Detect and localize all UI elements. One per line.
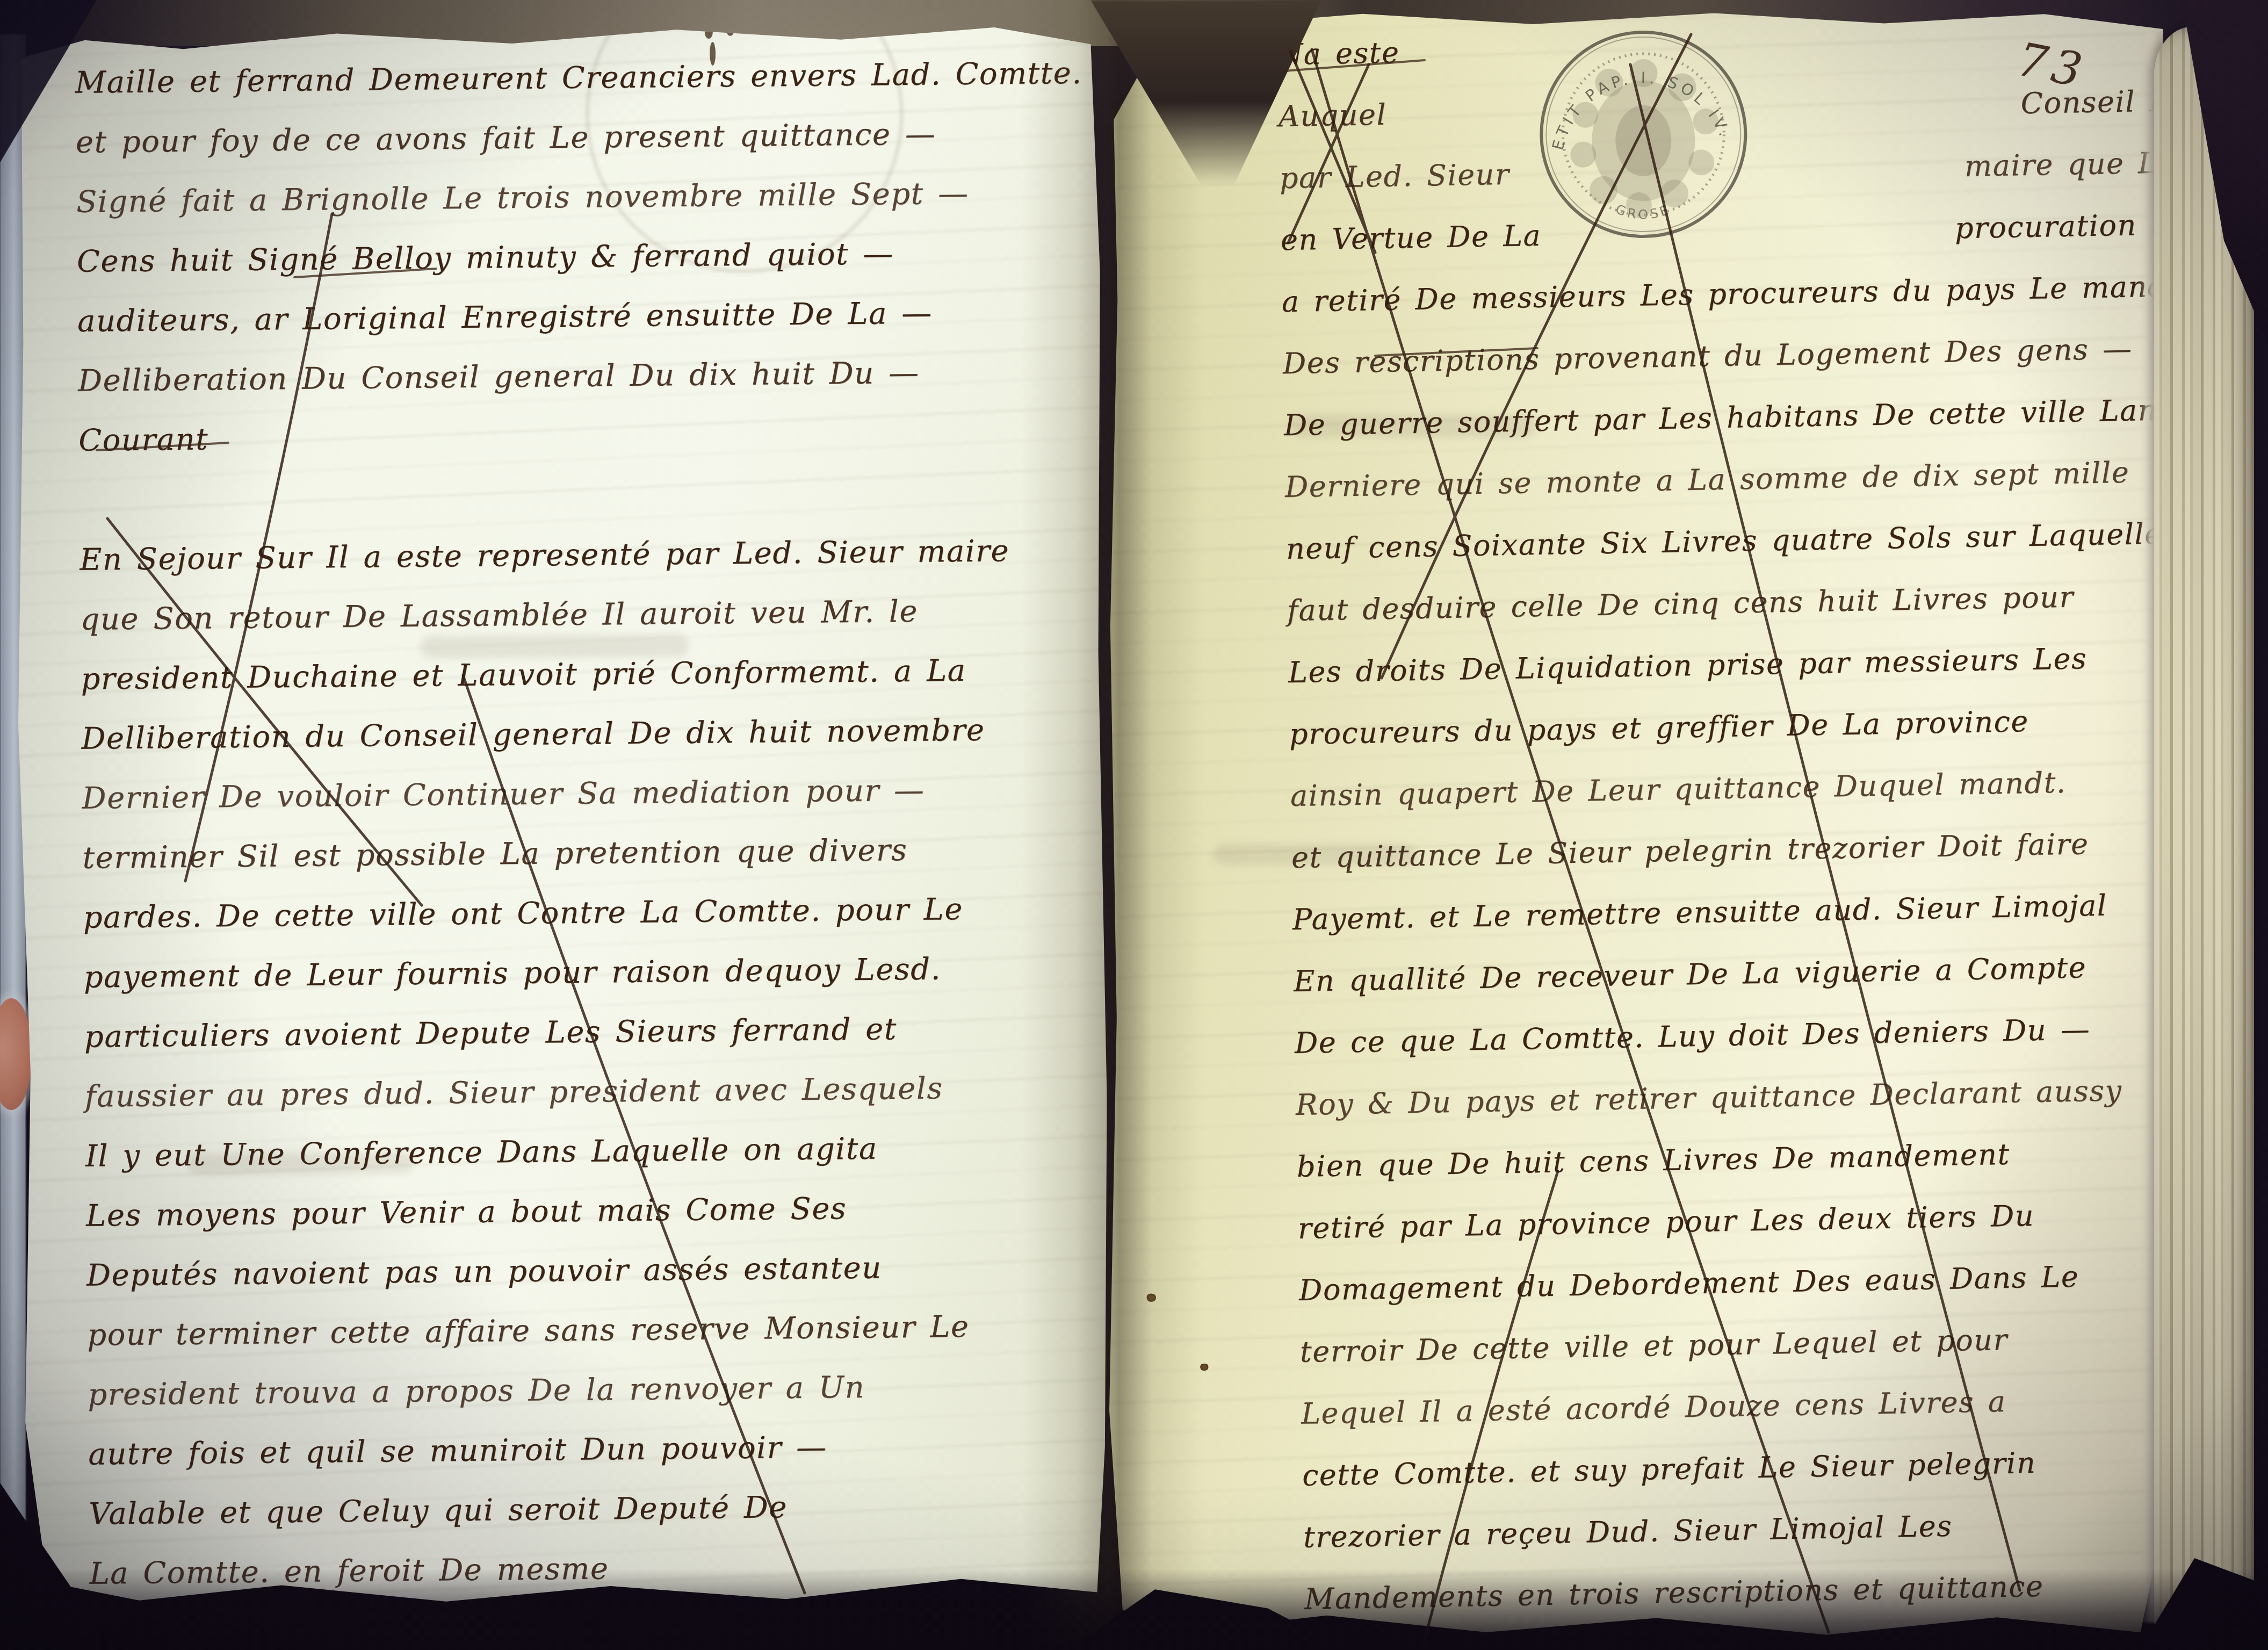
manuscript-line: Delliberation du Conseil general De dix … xyxy=(81,699,1108,768)
right-page: PETIT PAP. I. SOL IV. D GROSE 73 Na este… xyxy=(1103,5,2171,1642)
manuscript-line: Courant xyxy=(78,401,1105,470)
manuscript-line: pour terminer cette affaire sans reserve… xyxy=(87,1295,1114,1365)
manuscript-line: auditeurs, ar Loriginal Enregistré ensui… xyxy=(77,282,1104,351)
manuscript-line: president trouva a propos De la renvoyer… xyxy=(88,1355,1114,1424)
fingertip xyxy=(0,998,32,1110)
manuscript-line: pardes. De cette ville ont Contre La Com… xyxy=(83,878,1109,947)
manuscript-line: terminer Sil est possible La pretention … xyxy=(82,818,1109,888)
wormhole xyxy=(1200,1364,1208,1371)
manuscript-line: Deputés navoient pas un pouvoir assés es… xyxy=(86,1236,1113,1305)
manuscript-line: Signé fait a Brignolle Le trois novembre… xyxy=(76,162,1102,232)
manuscript-line: Delliberation Du Conseil general Du dix … xyxy=(78,341,1104,410)
manuscript-line: autre fois et quil se muniroit Dun pouvo… xyxy=(88,1415,1115,1484)
manuscript-line: En Sejour Sur Il a este representé par L… xyxy=(80,520,1106,589)
manuscript-line: president Duchaine et Lauvoit prié Confo… xyxy=(81,639,1107,709)
left-page-text: Maille et ferrand Demeurent Creanciers e… xyxy=(75,43,1115,1603)
page-stack-edge xyxy=(2154,27,2254,1637)
right-page-text: Na esteAuquel Conseil Il a esté proposép… xyxy=(1277,8,2171,1630)
manuscript-photo: Maille et ferrand Demeurent Creanciers e… xyxy=(0,0,2268,1650)
manuscript-line: Maille et ferrand Demeurent Creanciers e… xyxy=(75,43,1101,112)
manuscript-line: payement de Leur fournis pour raison deq… xyxy=(83,938,1110,1007)
manuscript-line: Les moyens pour Venir a bout mais Come S… xyxy=(86,1176,1113,1245)
manuscript-line xyxy=(79,460,1106,530)
manuscript-line: et pour foy de ce avons fait Le present … xyxy=(75,103,1102,172)
manuscript-line: Cens huit Signé Belloy minuty & ferrand … xyxy=(76,222,1103,291)
manuscript-line: La Comtte. en feroit De mesme xyxy=(89,1534,1115,1603)
left-page: Maille et ferrand Demeurent Creanciers e… xyxy=(8,19,1115,1612)
manuscript-line: Dernier De vouloir Continuer Sa mediatio… xyxy=(82,759,1108,828)
manuscript-line: Valable et que Celuy qui seroit Deputé D… xyxy=(89,1474,1115,1544)
manuscript-line: faussier au pres dud. Sieur president av… xyxy=(84,1057,1111,1126)
wormhole xyxy=(1147,1294,1156,1302)
manuscript-line: particuliers avoient Depute Les Sieurs f… xyxy=(84,997,1110,1067)
manuscript-line: que Son retour De Lassamblée Il auroit v… xyxy=(80,580,1107,649)
manuscript-line: Il y eut Une Conference Dans Laquelle on… xyxy=(85,1116,1111,1186)
